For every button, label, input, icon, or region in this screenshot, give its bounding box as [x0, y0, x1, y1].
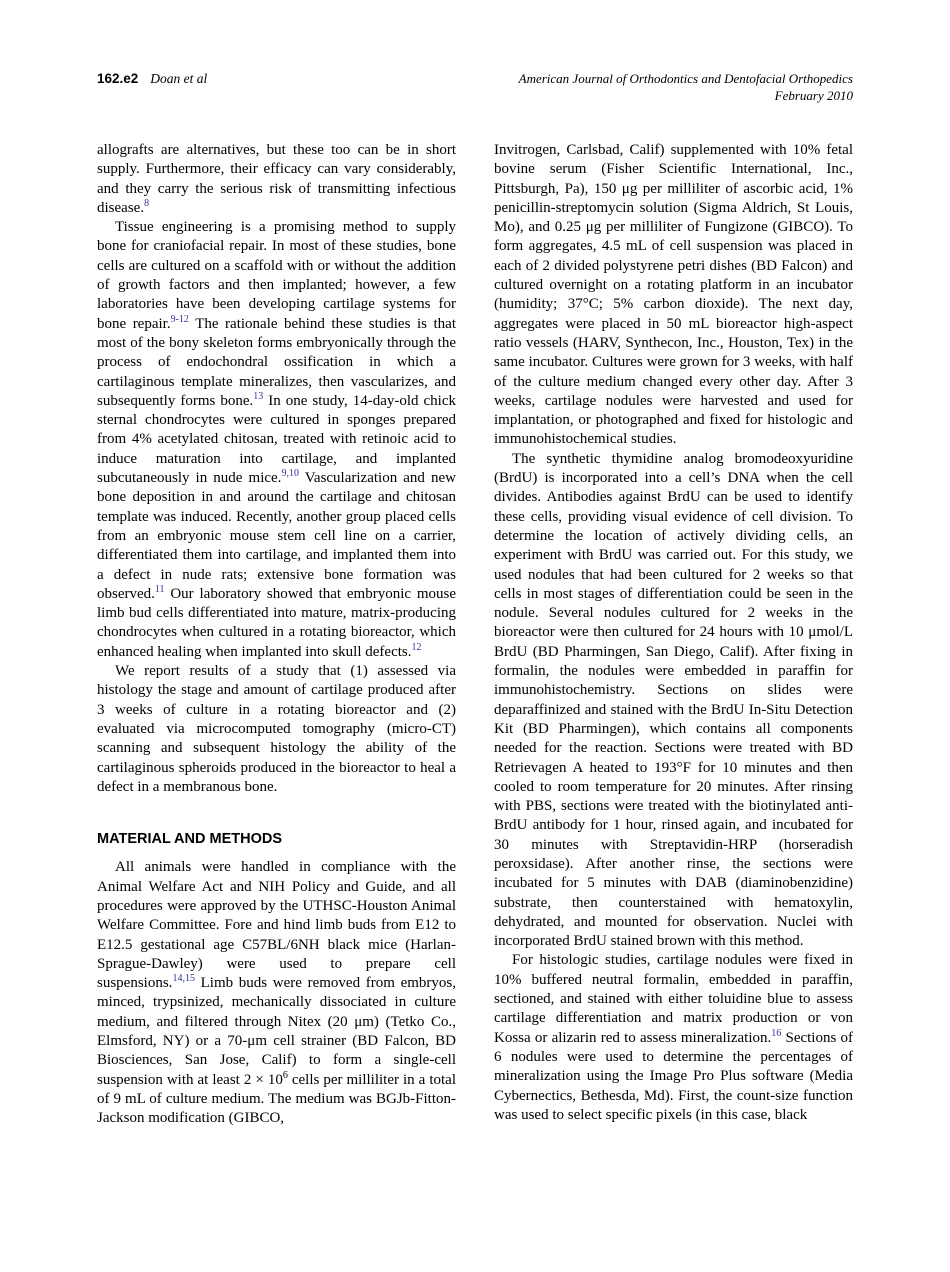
paragraph: allografts are alternatives, but these t… — [97, 141, 456, 218]
journal-title: American Journal of Orthodontics and Den… — [519, 70, 853, 87]
paragraph: For histologic studies, cartilage nodule… — [494, 951, 853, 1125]
section-heading: MATERIAL AND METHODS — [97, 830, 456, 849]
page-number: 162.e2 — [97, 71, 138, 86]
left-column: allografts are alternatives, but these t… — [97, 141, 456, 1129]
running-header-right: American Journal of Orthodontics and Den… — [519, 70, 853, 104]
running-header-left: 162.e2Doan et al — [97, 70, 207, 88]
reference-superscript: 14,15 — [172, 973, 195, 984]
reference-superscript: 9,10 — [281, 468, 299, 479]
reference-superscript: 16 — [771, 1028, 781, 1039]
reference-superscript: 12 — [412, 642, 422, 653]
running-header: 162.e2Doan et al American Journal of Ort… — [97, 70, 853, 104]
issue-date: February 2010 — [519, 87, 853, 104]
paragraph: We report results of a study that (1) as… — [97, 662, 456, 797]
right-column: Invitrogen, Carlsbad, Calif) supplemente… — [494, 141, 853, 1129]
paragraph: The synthetic thymidine analog bromodeox… — [494, 450, 853, 952]
two-column-body: allografts are alternatives, but these t… — [97, 141, 853, 1129]
paragraph: Tissue engineering is a promising method… — [97, 218, 456, 662]
reference-superscript: 11 — [155, 584, 165, 595]
reference-superscript: 9-12 — [171, 314, 189, 325]
running-authors: Doan et al — [150, 71, 207, 86]
reference-superscript: 13 — [253, 391, 263, 402]
journal-page: 162.e2Doan et al American Journal of Ort… — [0, 0, 950, 1272]
paragraph: All animals were handled in compliance w… — [97, 858, 456, 1128]
reference-superscript: 8 — [144, 198, 149, 209]
exponent-superscript: 6 — [283, 1070, 288, 1081]
paragraph: Invitrogen, Carlsbad, Calif) supplemente… — [494, 141, 853, 450]
